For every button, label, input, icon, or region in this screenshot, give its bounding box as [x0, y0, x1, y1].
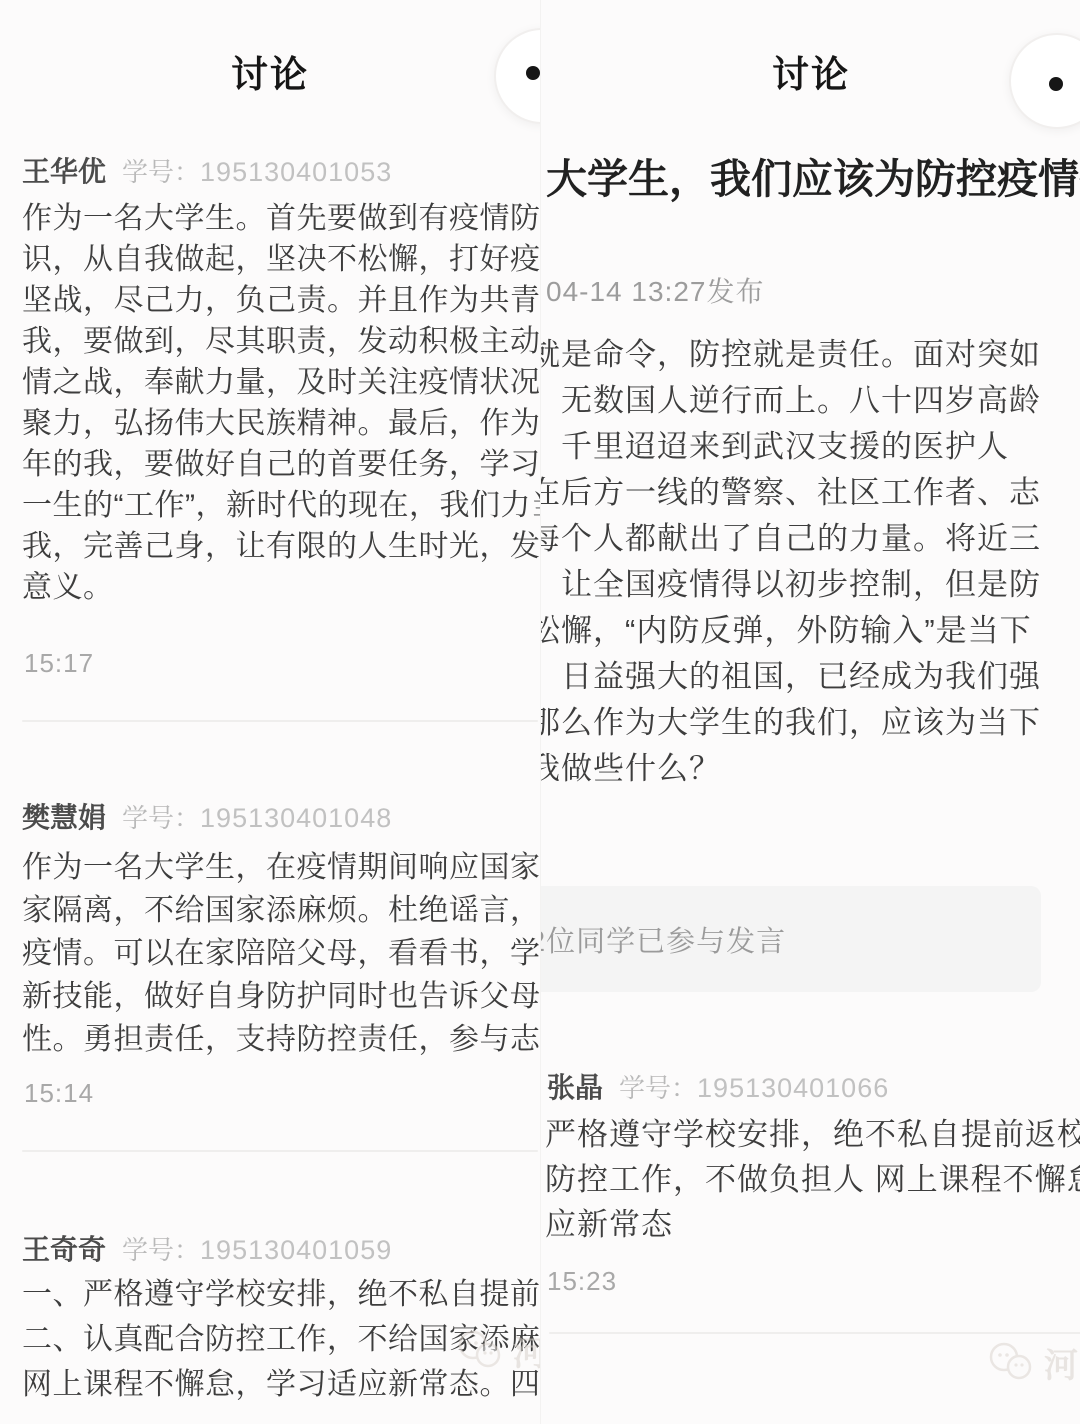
- author-name: 樊慧娟: [22, 802, 106, 833]
- text-line: 严格遵守学校安排，绝不私自提前返校 认: [545, 1112, 1080, 1157]
- author-name: 王华优: [22, 156, 106, 187]
- student-id: 195130401048: [200, 803, 392, 833]
- text-line: 情之战，奉献力量，及时关注疫情状况，: [22, 362, 540, 403]
- text-line: 无数国人逆行而上。八十四岁高龄: [540, 378, 1080, 424]
- text-line: 意义。: [22, 567, 540, 608]
- post-author-row: 张晶学号：195130401066: [547, 1066, 889, 1106]
- post-author-row: 王奇奇学号：195130401059: [22, 1228, 392, 1268]
- text-line: 让全国疫情得以初步控制，但是防: [540, 562, 1080, 608]
- student-id-label: 学号：: [122, 803, 200, 833]
- divider: [22, 1150, 538, 1152]
- dot-icon: [526, 66, 540, 80]
- text-line: 作为一名大学生。首先要做到有疫情防控: [22, 198, 540, 239]
- author-name: 王奇奇: [22, 1234, 106, 1265]
- text-line: 应新常态: [545, 1202, 1080, 1247]
- screenshot-collage: 讨论 王华优学号：195130401053 作为一名大学生。首先要做到有疫情防控…: [0, 0, 1080, 1424]
- author-name: 张晶: [547, 1072, 603, 1103]
- student-id: 195130401059: [200, 1235, 392, 1265]
- text-line: 就是命令，防控就是责任。面对突如: [540, 332, 1080, 378]
- text-line: 每个人都献出了自己的力量。将近三: [540, 516, 1080, 562]
- text-line: 网上课程不懈怠，学习适应新常态。四、: [22, 1362, 540, 1407]
- text-line: 作为一名大学生，在疫情期间响应国家号: [22, 846, 540, 889]
- text-line: 新技能，做好自身防护同时也告诉父母应: [22, 975, 540, 1018]
- text-line: 一、严格遵守学校安排，绝不私自提前返: [22, 1272, 540, 1317]
- text-line: 日益强大的祖国，已经成为我们强: [540, 654, 1080, 700]
- participants-count-text: 2位同学已参与发言: [541, 919, 786, 960]
- post-timestamp: 15:14: [24, 1078, 94, 1109]
- text-line: 坚战，尽己力，负己责。并且作为共青团: [22, 280, 540, 321]
- text-line: 家隔离，不给国家添麻烦。杜绝谣言，理: [22, 889, 540, 932]
- text-line: 我，要做到，尽其职责，发动积极主动性: [22, 321, 540, 362]
- topic-text: 就是命令，防控就是责任。面对突如 无数国人逆行而上。八十四岁高龄 、千里迢迢来到…: [540, 332, 1080, 792]
- wechat-bubbles-icon: [986, 1341, 1038, 1385]
- topic-publish-time: 04-14 13:27发布: [546, 270, 764, 310]
- post-author-row: 樊慧娟学号：195130401048: [22, 796, 392, 836]
- discussion-topic-panel: 讨论 大学生，我们应该为防控疫情做些 04-14 13:27发布 就是命令，防控…: [540, 0, 1080, 1424]
- text-line: 我做些什么？: [540, 746, 1080, 792]
- student-id: 195130401066: [697, 1073, 889, 1103]
- student-id-label: 学号：: [122, 1235, 200, 1265]
- discussion-list-panel: 讨论 王华优学号：195130401053 作为一名大学生。首先要做到有疫情防控…: [0, 0, 540, 1424]
- text-line: 、千里迢迢来到武汉支援的医护人: [540, 424, 1080, 470]
- post-text: 作为一名大学生。首先要做到有疫情防控 识，从自我做起，坚决不松懈，打好疫情 坚战…: [22, 198, 540, 608]
- post-author-row: 王华优学号：195130401053: [22, 150, 392, 190]
- post-text: 一、严格遵守学校安排，绝不私自提前返 二、认真配合防控工作，不给国家添麻烦 网上…: [22, 1272, 540, 1407]
- wechat-watermark: 河: [986, 1338, 1078, 1387]
- post-timestamp: 15:23: [547, 1266, 617, 1297]
- divider: [22, 720, 538, 722]
- topic-title: 大学生，我们应该为防控疫情做些: [546, 146, 1080, 205]
- student-id-label: 学号：: [122, 157, 200, 187]
- text-line: 松懈，“内防反弹，外防输入”是当下: [540, 608, 1080, 654]
- watermark-text: 河: [1044, 1338, 1078, 1387]
- post-text: 严格遵守学校安排，绝不私自提前返校 认 防控工作，不做负担人 网上课程不懈怠， …: [545, 1112, 1080, 1247]
- page-title: 讨论: [0, 44, 540, 98]
- student-id-label: 学号：: [619, 1073, 697, 1103]
- text-line: 疫情。可以在家陪陪父母，看看书，学习: [22, 932, 540, 975]
- text-line: 二、认真配合防控工作，不给国家添麻烦: [22, 1317, 540, 1362]
- student-id: 195130401053: [200, 157, 392, 187]
- text-line: 那么作为大学生的我们，应该为当下: [540, 700, 1080, 746]
- text-line: 性。勇担责任，支持防控责任，参与志愿: [22, 1018, 540, 1061]
- text-line: 一生的“工作”，新时代的现在，我们力当: [22, 485, 540, 526]
- text-line: 防控工作，不做负担人 网上课程不懈怠，: [545, 1157, 1080, 1202]
- divider: [549, 1332, 1080, 1334]
- dot-icon: [1049, 77, 1063, 91]
- floating-more-button[interactable]: [494, 28, 540, 124]
- participants-banner[interactable]: 2位同学已参与发言: [541, 886, 1041, 992]
- page-title: 讨论: [541, 44, 1080, 98]
- post-text: 作为一名大学生，在疫情期间响应国家号 家隔离，不给国家添麻烦。杜绝谣言，理 疫情…: [22, 846, 540, 1061]
- text-line: 聚力，弘扬伟大民族精神。最后，作为大: [22, 403, 540, 444]
- post-timestamp: 15:17: [24, 648, 94, 679]
- text-line: 识，从自我做起，坚决不松懈，打好疫情: [22, 239, 540, 280]
- text-line: 在后方一线的警察、社区工作者、志: [540, 470, 1080, 516]
- text-line: 我，完善己身，让有限的人生时光，发挥: [22, 526, 540, 567]
- text-line: 年的我，要做好自己的首要任务，学习。: [22, 444, 540, 485]
